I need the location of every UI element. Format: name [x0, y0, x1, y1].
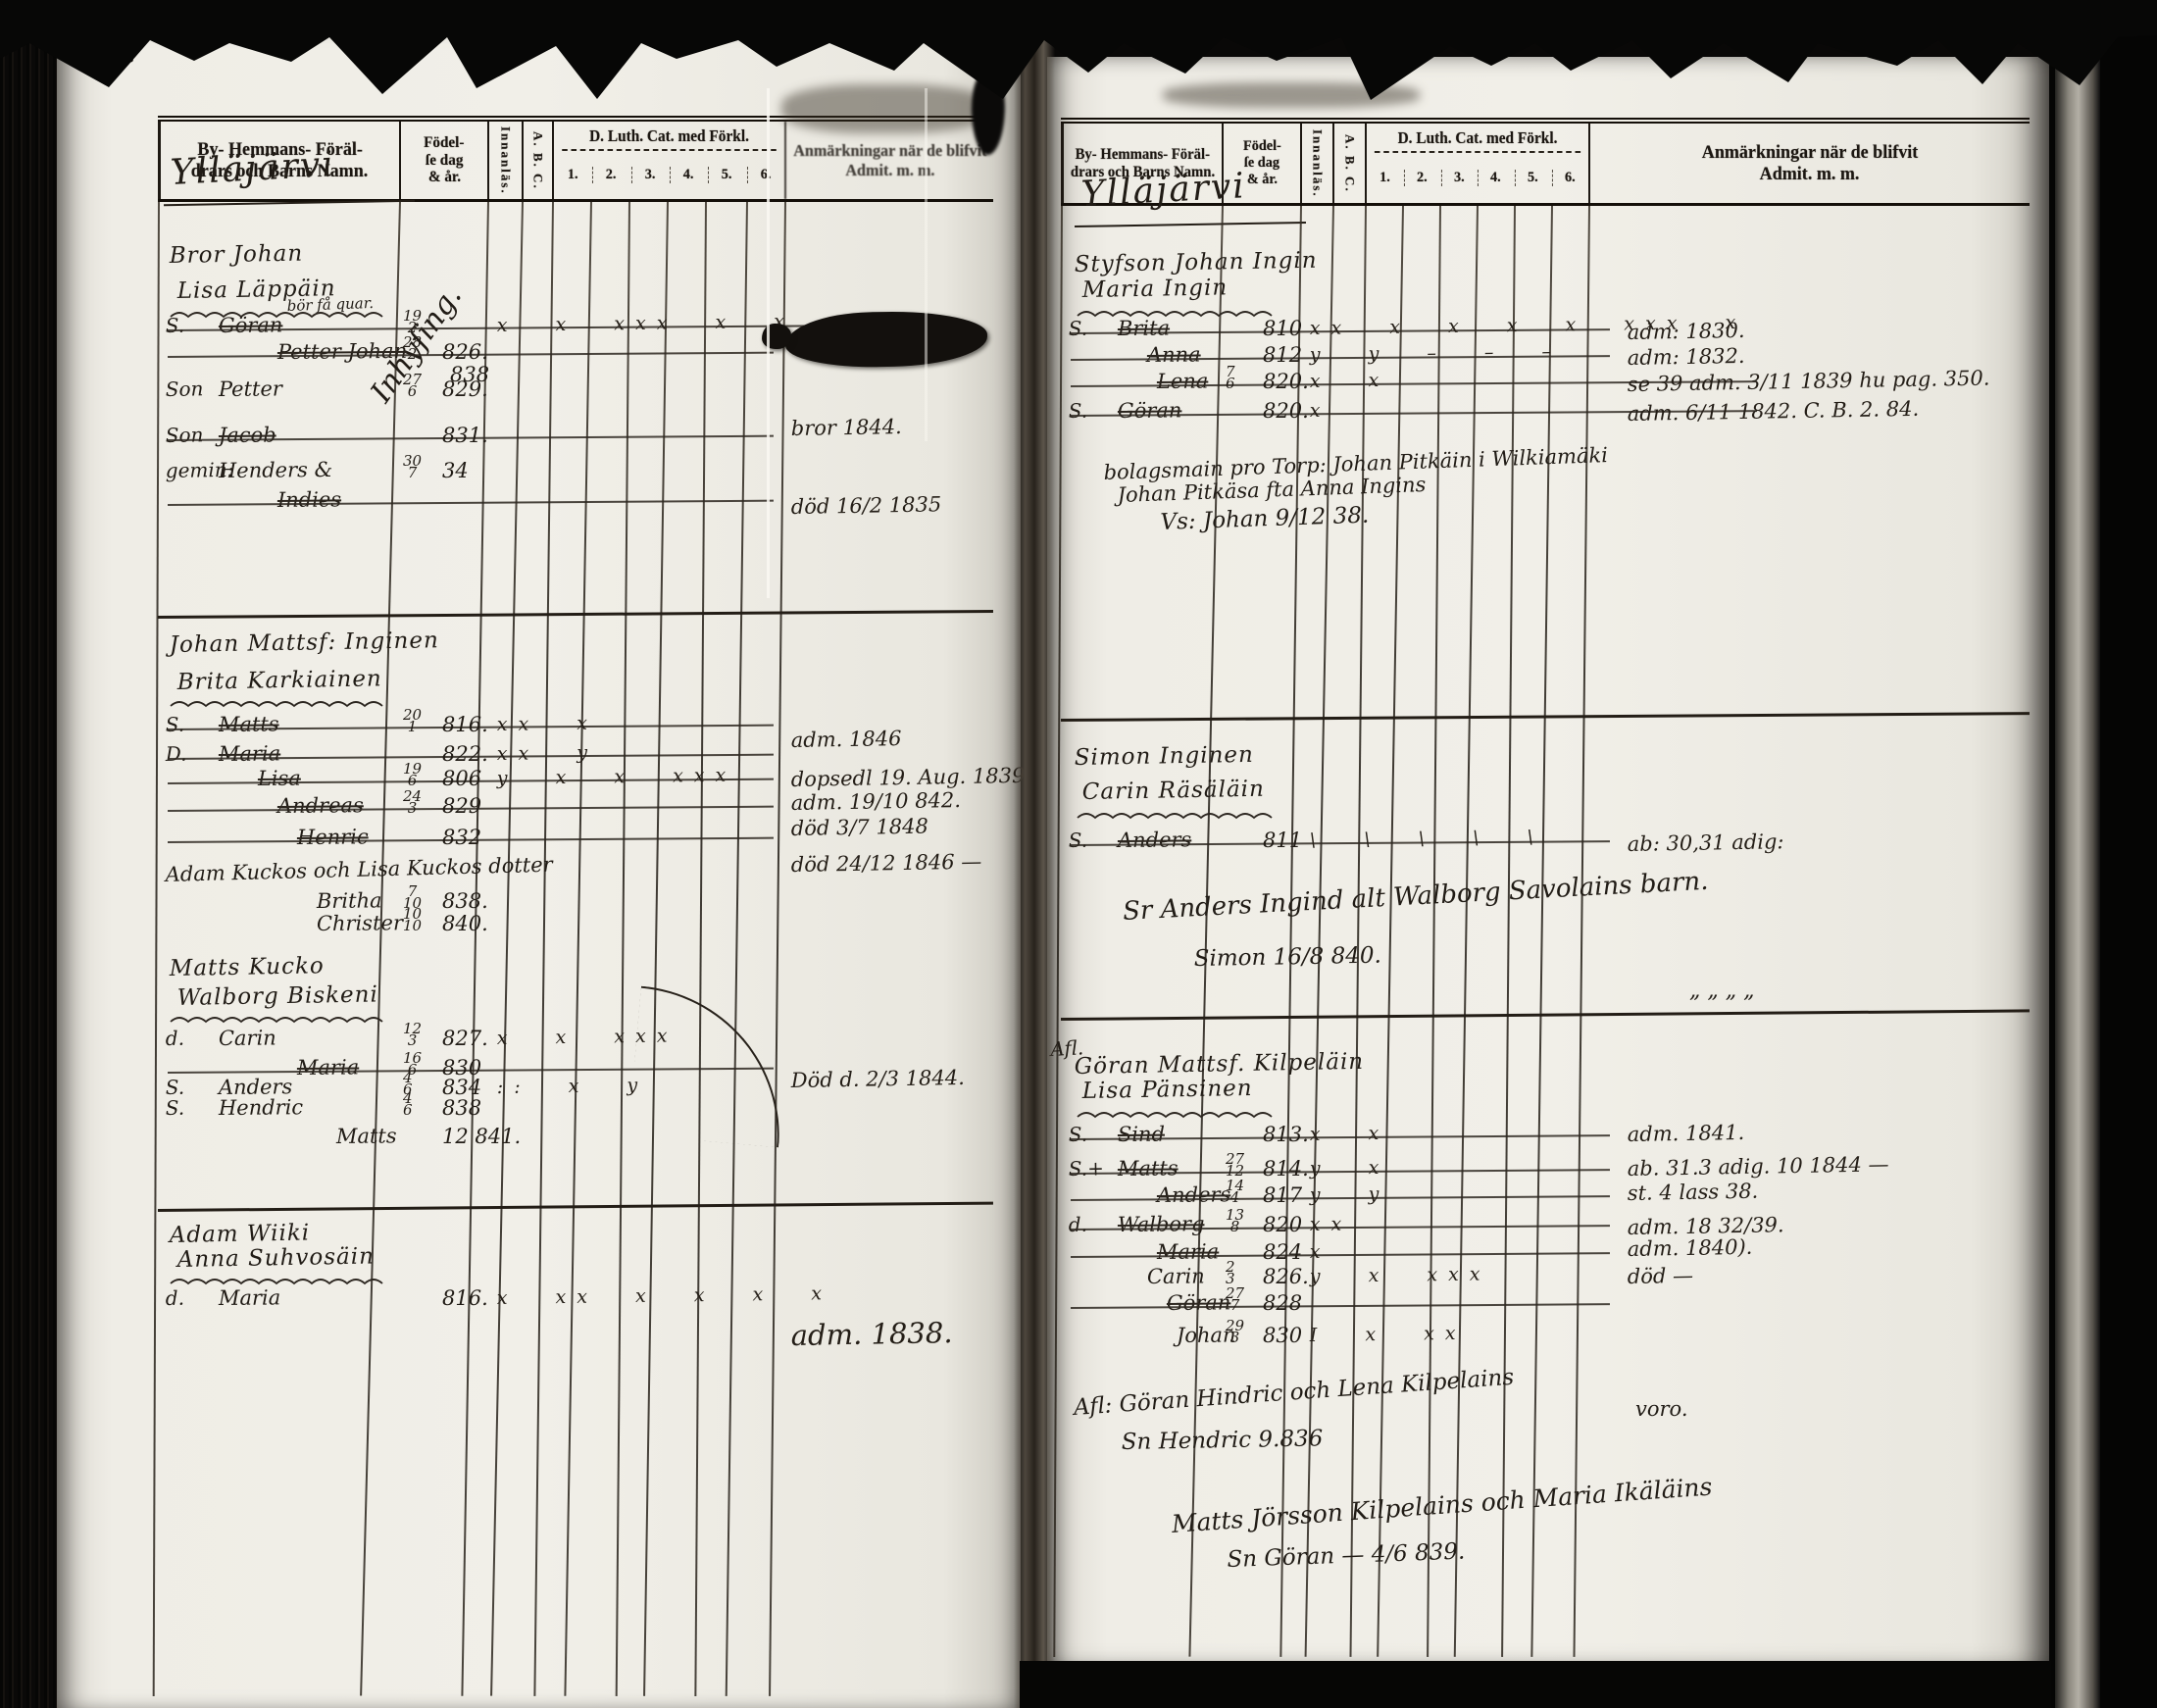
column-rule	[1574, 206, 1590, 1657]
entry-name: Maria	[219, 741, 281, 766]
block-note: Matts Jörsson Kilpelains och Maria Ikälä…	[1171, 1473, 1713, 1538]
entry-name: Indies	[277, 487, 341, 512]
block-separator	[158, 610, 993, 618]
scanner-left-margin	[0, 0, 57, 1708]
entry-year: 816.	[442, 1286, 488, 1310]
entry-name: Göran	[1167, 1290, 1231, 1315]
parent-name: Walborg Biskeni	[177, 981, 379, 1011]
entry-name: Matts	[219, 712, 279, 736]
entry-year: 811	[1263, 829, 1302, 852]
column-rule	[153, 202, 160, 1696]
entry-marks: x xx x x x x	[497, 1282, 832, 1309]
entry-marks: xx x	[497, 713, 598, 735]
entry-remark: död —	[1628, 1264, 1694, 1288]
entry-prefix: S.	[166, 713, 185, 736]
entry-name: Matts	[1118, 1156, 1179, 1181]
parent-name: Bror Johan	[170, 241, 304, 269]
wavy-underline	[1077, 1110, 1278, 1122]
entry-prefix: S.	[166, 314, 185, 337]
entry-name: Anders	[1157, 1182, 1231, 1207]
entry-name: Göran	[1118, 398, 1182, 423]
entry-name: Sind	[1118, 1123, 1165, 1146]
row-guide-line	[168, 500, 774, 506]
entry-prefix: d.	[166, 1027, 185, 1050]
entry-prefix: D.	[166, 742, 187, 766]
column-rule	[564, 202, 592, 1696]
torn-scan-edge	[0, 0, 2157, 108]
scan-streak	[767, 88, 770, 598]
entry-prefix: S.	[1069, 399, 1088, 423]
column-rule	[1350, 206, 1367, 1657]
left-page: 86. By- Hemmans- Föräl- drars och Barns …	[54, 29, 1021, 1708]
right-page: By- Hemmans- Föräl- drars och Barns Namn…	[1047, 57, 2051, 1667]
entry-name: Christer	[317, 911, 403, 935]
parent-name: Carin Räsäläin	[1082, 777, 1266, 805]
entry-marks: x x	[1310, 1123, 1390, 1145]
entry-remark: adm: 1830.	[1628, 319, 1745, 344]
entry-year: 838.	[442, 889, 488, 913]
entry-marks: I x xx	[1310, 1323, 1467, 1346]
entry-remark: död 3/7 1848	[791, 815, 929, 840]
entry-year: 810	[1263, 317, 1302, 340]
entry-name: Carin	[219, 1026, 276, 1050]
entry-year: 34	[442, 459, 469, 482]
scanner-bottom-band	[1020, 1661, 2051, 1708]
entry-name: Anna	[1147, 343, 1201, 367]
entry-date: 123	[403, 1023, 422, 1046]
entry-year: 806	[442, 767, 481, 790]
row-guide-line	[1071, 1252, 1610, 1258]
block-note: Simon 16/8 840.	[1194, 943, 1382, 972]
entry-year: 820.	[1263, 370, 1309, 393]
entry-name: Maria	[1157, 1239, 1220, 1264]
entry-prefix: d.	[1069, 1213, 1088, 1236]
entry-date: 2712	[1226, 1153, 1244, 1177]
entry-date: 196	[403, 763, 422, 786]
entry-name: Hendric	[219, 1095, 303, 1120]
entry-year: 838	[442, 1096, 481, 1120]
scanned-register-spread: 86. By- Hemmans- Föräl- drars och Barns …	[0, 0, 2157, 1708]
column-rule	[490, 202, 524, 1696]
parent-name: Matts Kucko	[170, 953, 325, 981]
row-guide-line	[1071, 1303, 1610, 1309]
entry-date: 276	[403, 374, 422, 397]
parent-name: Adam Wiiki	[170, 1221, 311, 1248]
entry-remark: adm. 19/10 842.	[791, 788, 962, 815]
entry-year: 831.	[442, 424, 488, 447]
entry-marks: \ \ \ \ \	[1310, 827, 1544, 851]
entry-name: Carin	[1147, 1264, 1205, 1288]
entry-date: 307	[403, 455, 422, 478]
entry-remark: se 39 adm. 3/11 1839 hu pag. 350.	[1628, 367, 1990, 396]
block-note: Afl: Göran Hindric och Lena Kilpelains	[1073, 1365, 1515, 1421]
entry-prefix: S.	[1069, 1123, 1088, 1146]
entry-marks: x	[1310, 1241, 1331, 1263]
entry-prefix: S.	[1069, 317, 1088, 340]
wavy-underline	[1077, 811, 1273, 823]
inline-note: Adam Kuckos och Lisa Kuckos dotter	[165, 853, 553, 886]
column-rule	[726, 202, 748, 1696]
entry-marks: x x xxx x x	[497, 311, 795, 336]
entry-name: Matts	[336, 1124, 397, 1148]
page-edge-strip	[2055, 35, 2100, 1708]
column-rule	[1377, 206, 1404, 1657]
entry-year: 822.	[442, 742, 488, 766]
block-note: Sn Hendric 9.836	[1122, 1426, 1324, 1455]
entry-name: Petter Johan	[277, 339, 407, 364]
entry-remark: adm. 1841.	[1628, 1121, 1745, 1146]
block-separator	[158, 1202, 993, 1212]
column-rule	[1454, 206, 1479, 1657]
column-rule	[1530, 206, 1553, 1657]
entry-year: 12 841.	[442, 1125, 521, 1148]
entry-marks: x x	[1310, 370, 1390, 392]
entry-year: 814.	[1263, 1157, 1309, 1181]
entry-year: 830	[1263, 1324, 1302, 1347]
left-page-content: Bror JohanLisa LäppäinInhyſing.S.Göran19…	[54, 29, 1021, 1708]
entry-prefix: Son	[166, 423, 204, 447]
entry-year: 820.	[1263, 399, 1309, 423]
entry-name: Petter	[219, 377, 282, 401]
entry-remark: död 16/2 1835	[791, 492, 942, 519]
block-separator	[1061, 1009, 2030, 1020]
entry-date: 76	[1226, 366, 1235, 389]
block-note: Sr Anders Ingind alt Walborg Savolains b…	[1122, 867, 1709, 927]
block-note: voro.	[1635, 1397, 1688, 1421]
entry-remark: bror 1844.	[791, 415, 902, 440]
block-note: Vs: Johan 9/12 38.	[1160, 503, 1370, 535]
parent-name: Brita Karkiainen	[177, 666, 382, 695]
parent-name: Styfson Johan Ingin	[1075, 248, 1318, 277]
scan-streak	[925, 88, 928, 441]
wavy-underline	[170, 1015, 395, 1027]
right-page-content: Styfson Johan InginMaria InginS.Brita810…	[1047, 57, 2051, 1667]
entry-marks: y y – – –	[1310, 340, 1562, 366]
entry-name: Göran	[219, 313, 283, 337]
parent-name: Göran Mattsf. Kilpeläin	[1075, 1049, 1365, 1080]
entry-marks: xx y	[497, 742, 599, 765]
column-rule	[694, 202, 707, 1696]
entry-year: 827.	[442, 1027, 488, 1050]
entry-name: Henders &	[219, 458, 333, 482]
entry-date: 192	[403, 310, 422, 333]
entry-remark: Död d. 2/3 1844.	[791, 1066, 965, 1092]
entry-name: Maria	[219, 1285, 281, 1310]
entry-remark: död 24/12 1846 —	[791, 850, 982, 877]
entry-date: 293	[1226, 1320, 1244, 1343]
entry-year: 826.	[1263, 1265, 1309, 1288]
block-note: „ „ „ „	[1689, 979, 1755, 1003]
entry-year: 832	[442, 826, 481, 849]
entry-marks: y x	[1310, 1157, 1390, 1180]
entry-year: 816.	[442, 713, 488, 736]
entry-marks: y x x xxx	[497, 765, 737, 789]
entry-prefix: S.	[1069, 829, 1088, 852]
entry-year: 812	[1263, 343, 1302, 367]
entry-remark: adm. 6/11 1842. C. B. 2. 84.	[1628, 397, 1920, 426]
wavy-underline	[1077, 309, 1278, 321]
entry-remark: ab. 31.3 adig. 10 1844 —	[1628, 1152, 1889, 1181]
column-rule	[360, 202, 401, 1696]
entry-remark: adm. 1838.	[790, 1316, 952, 1352]
entry-remark: adm: 1832.	[1628, 344, 1745, 370]
column-rule	[533, 202, 554, 1696]
entry-date: 282	[403, 336, 422, 360]
entry-marks: xx	[1310, 1213, 1353, 1235]
column-rule	[1427, 206, 1441, 1657]
entry-name: Brita	[1118, 317, 1170, 340]
entry-year: 813.	[1263, 1123, 1309, 1146]
entry-name: Walborg	[1118, 1212, 1205, 1236]
entry-remark: st. 4 lass 38.	[1628, 1180, 1759, 1205]
entry-prefix: S.	[166, 1096, 185, 1120]
entry-marks: x	[1310, 400, 1331, 422]
entry-marks: y x xxx	[1310, 1263, 1491, 1287]
column-rule	[1501, 206, 1516, 1657]
entry-date: 1010	[403, 908, 422, 931]
entry-date: 46	[403, 1092, 413, 1116]
entry-name: Anders	[1118, 828, 1192, 852]
column-rule	[616, 202, 630, 1696]
entry-name: Jacob	[219, 423, 276, 447]
parent-name: Simon Inginen	[1075, 742, 1255, 771]
entry-date: 144	[1226, 1180, 1244, 1203]
entry-year: 828	[1263, 1291, 1302, 1315]
parent-name: Maria Ingin	[1082, 275, 1229, 303]
parent-name: Johan Mattsf: Inginen	[170, 628, 439, 658]
entry-marks: y y	[1310, 1183, 1390, 1206]
entry-prefix: S.+	[1069, 1156, 1105, 1181]
entry-date: 138	[1226, 1209, 1244, 1232]
entry-year: 829.	[442, 377, 488, 401]
entry-prefix: Son	[166, 377, 204, 401]
entry-date: 243	[403, 790, 422, 814]
parent-name: Anna Suhvosäin	[177, 1243, 376, 1273]
entry-remark: ab: 30,31 adig:	[1628, 829, 1784, 856]
entry-remark: dopsedl 19. Aug. 1839	[791, 764, 1026, 791]
entry-year: 824	[1263, 1240, 1302, 1264]
parent-name: Lisa Pänsinen	[1082, 1076, 1253, 1104]
entry-name: Lisa	[258, 767, 301, 790]
entry-name: Maria	[297, 1055, 360, 1080]
book-gutter	[1014, 20, 1055, 1708]
entry-name: Andreas	[277, 793, 364, 818]
entry-prefix: d.	[166, 1286, 185, 1310]
entry-date: 277	[1226, 1287, 1244, 1311]
entry-name: Lena	[1157, 370, 1209, 393]
entry-year: 829	[442, 794, 481, 818]
entry-year: 826.	[442, 340, 488, 364]
entry-date: 23	[1226, 1261, 1235, 1284]
block-note: Sn Göran — 4/6 839.	[1227, 1539, 1466, 1573]
redaction-blob	[784, 310, 987, 369]
entry-name: Britha	[317, 888, 382, 913]
entry-remark: adm. 1846	[791, 727, 902, 752]
entry-name: Henric	[297, 825, 369, 849]
column-rule	[643, 202, 669, 1696]
entry-date: 201	[403, 709, 422, 732]
entry-note-above: bör få quar.	[286, 294, 374, 315]
entry-year: 820	[1263, 1213, 1302, 1236]
entry-year: 840.	[442, 912, 488, 935]
entry-marks: :: x y	[497, 1075, 649, 1098]
entry-year: 817	[1263, 1183, 1302, 1207]
wavy-underline	[170, 699, 385, 711]
column-rule	[769, 202, 786, 1696]
entry-remark: adm. 1840).	[1628, 1235, 1753, 1261]
